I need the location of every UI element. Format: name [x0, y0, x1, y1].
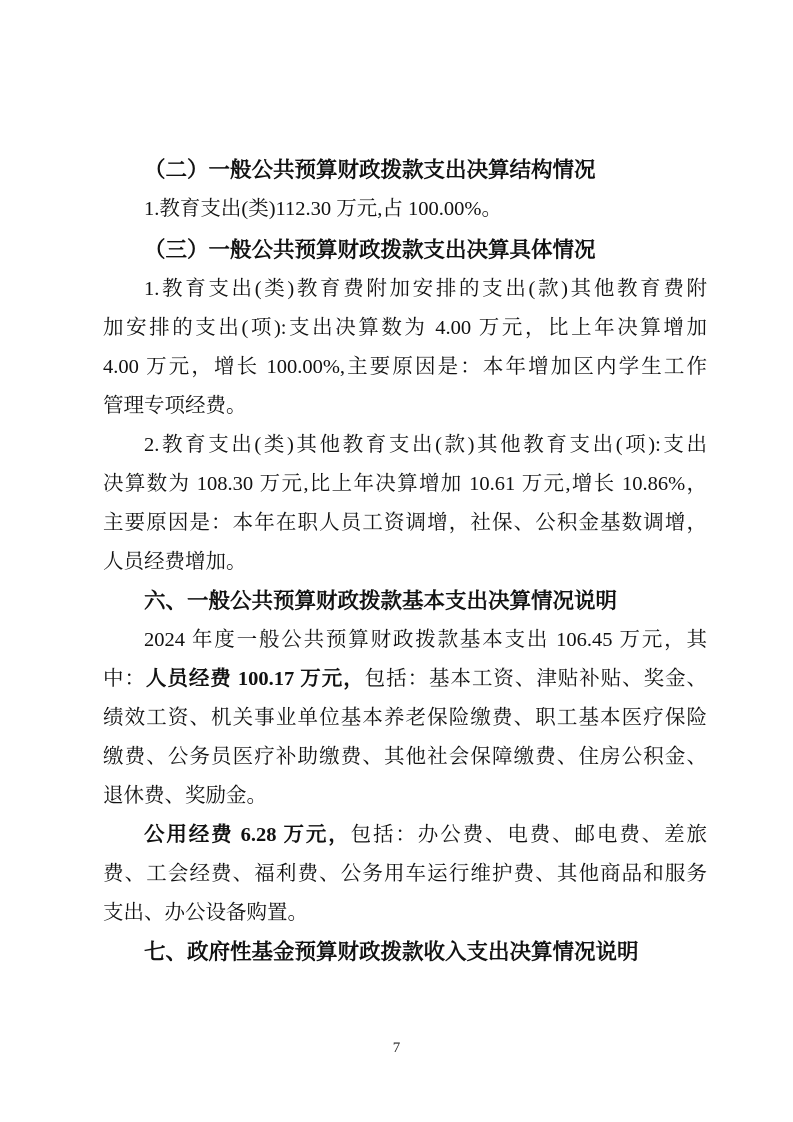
para-public-funds-line-1: 公用经费 6.28 万元，包括：办公费、电费、邮电费、差旅 — [103, 816, 707, 855]
para-basic-line-4: 缴费、公务员医疗补助缴费、其他社会保障缴费、住房公积金、 — [103, 738, 707, 777]
para-other-edu-line-2: 决算数为 108.30 万元,比上年决算增加 10.61 万元,增长 10.86… — [103, 465, 707, 504]
para-basic-line-5: 退休费、奖励金。 — [103, 777, 707, 816]
para-edu-surcharge-line-1: 1.教育支出(类)教育费附加安排的支出(款)其他教育费附 — [103, 270, 707, 309]
para-edu-surcharge-line-3: 4.00 万元，增长 100.00%,主要原因是：本年增加区内学生工作 — [103, 348, 707, 387]
document-page: （二）一般公共预算财政拨款支出决算结构情况 1.教育支出(类)112.30 万元… — [0, 0, 793, 1122]
structure-summary-line: 1.教育支出(类)112.30 万元,占 100.00%。 — [103, 190, 707, 229]
para-basic-line-2: 中：人员经费 100.17 万元，包括：基本工资、津贴补贴、奖金、 — [103, 660, 707, 699]
personnel-funds-amount: 人员经费 100.17 万元， — [146, 668, 365, 690]
section-heading-basic-expenditure: 六、一般公共预算财政拨款基本支出决算情况说明 — [103, 582, 707, 621]
para-public-funds-line-3: 支出、办公设备购置。 — [103, 894, 707, 933]
para-public-funds-line-2: 费、工会经费、福利费、公务用车运行维护费、其他商品和服务 — [103, 855, 707, 894]
section-heading-gov-fund: 七、政府性基金预算财政拨款收入支出决算情况说明 — [103, 933, 707, 972]
para-basic-line-1: 2024 年度一般公共预算财政拨款基本支出 106.45 万元，其 — [103, 621, 707, 660]
para-basic-line-2-prefix: 中： — [103, 668, 146, 690]
page-number: 7 — [0, 1038, 793, 1058]
document-content: （二）一般公共预算财政拨款支出决算结构情况 1.教育支出(类)112.30 万元… — [103, 151, 707, 972]
public-funds-amount: 公用经费 6.28 万元， — [144, 824, 351, 846]
para-other-edu-line-1: 2.教育支出(类)其他教育支出(款)其他教育支出(项):支出 — [103, 426, 707, 465]
section-heading-structure: （二）一般公共预算财政拨款支出决算结构情况 — [103, 151, 707, 190]
para-other-edu-line-4: 人员经费增加。 — [103, 543, 707, 582]
para-public-funds-line-1-rest: 包括：办公费、电费、邮电费、差旅 — [351, 824, 707, 846]
para-edu-surcharge-line-4: 管理专项经费。 — [103, 387, 707, 426]
para-edu-surcharge-line-2: 加安排的支出(项):支出决算数为 4.00 万元，比上年决算增加 — [103, 309, 707, 348]
section-heading-specific: （三）一般公共预算财政拨款支出决算具体情况 — [103, 231, 707, 270]
para-other-edu-line-3: 主要原因是：本年在职人员工资调增，社保、公积金基数调增， — [103, 504, 707, 543]
para-basic-line-2-rest: 包括：基本工资、津贴补贴、奖金、 — [365, 668, 707, 690]
para-basic-line-3: 绩效工资、机关事业单位基本养老保险缴费、职工基本医疗保险 — [103, 699, 707, 738]
